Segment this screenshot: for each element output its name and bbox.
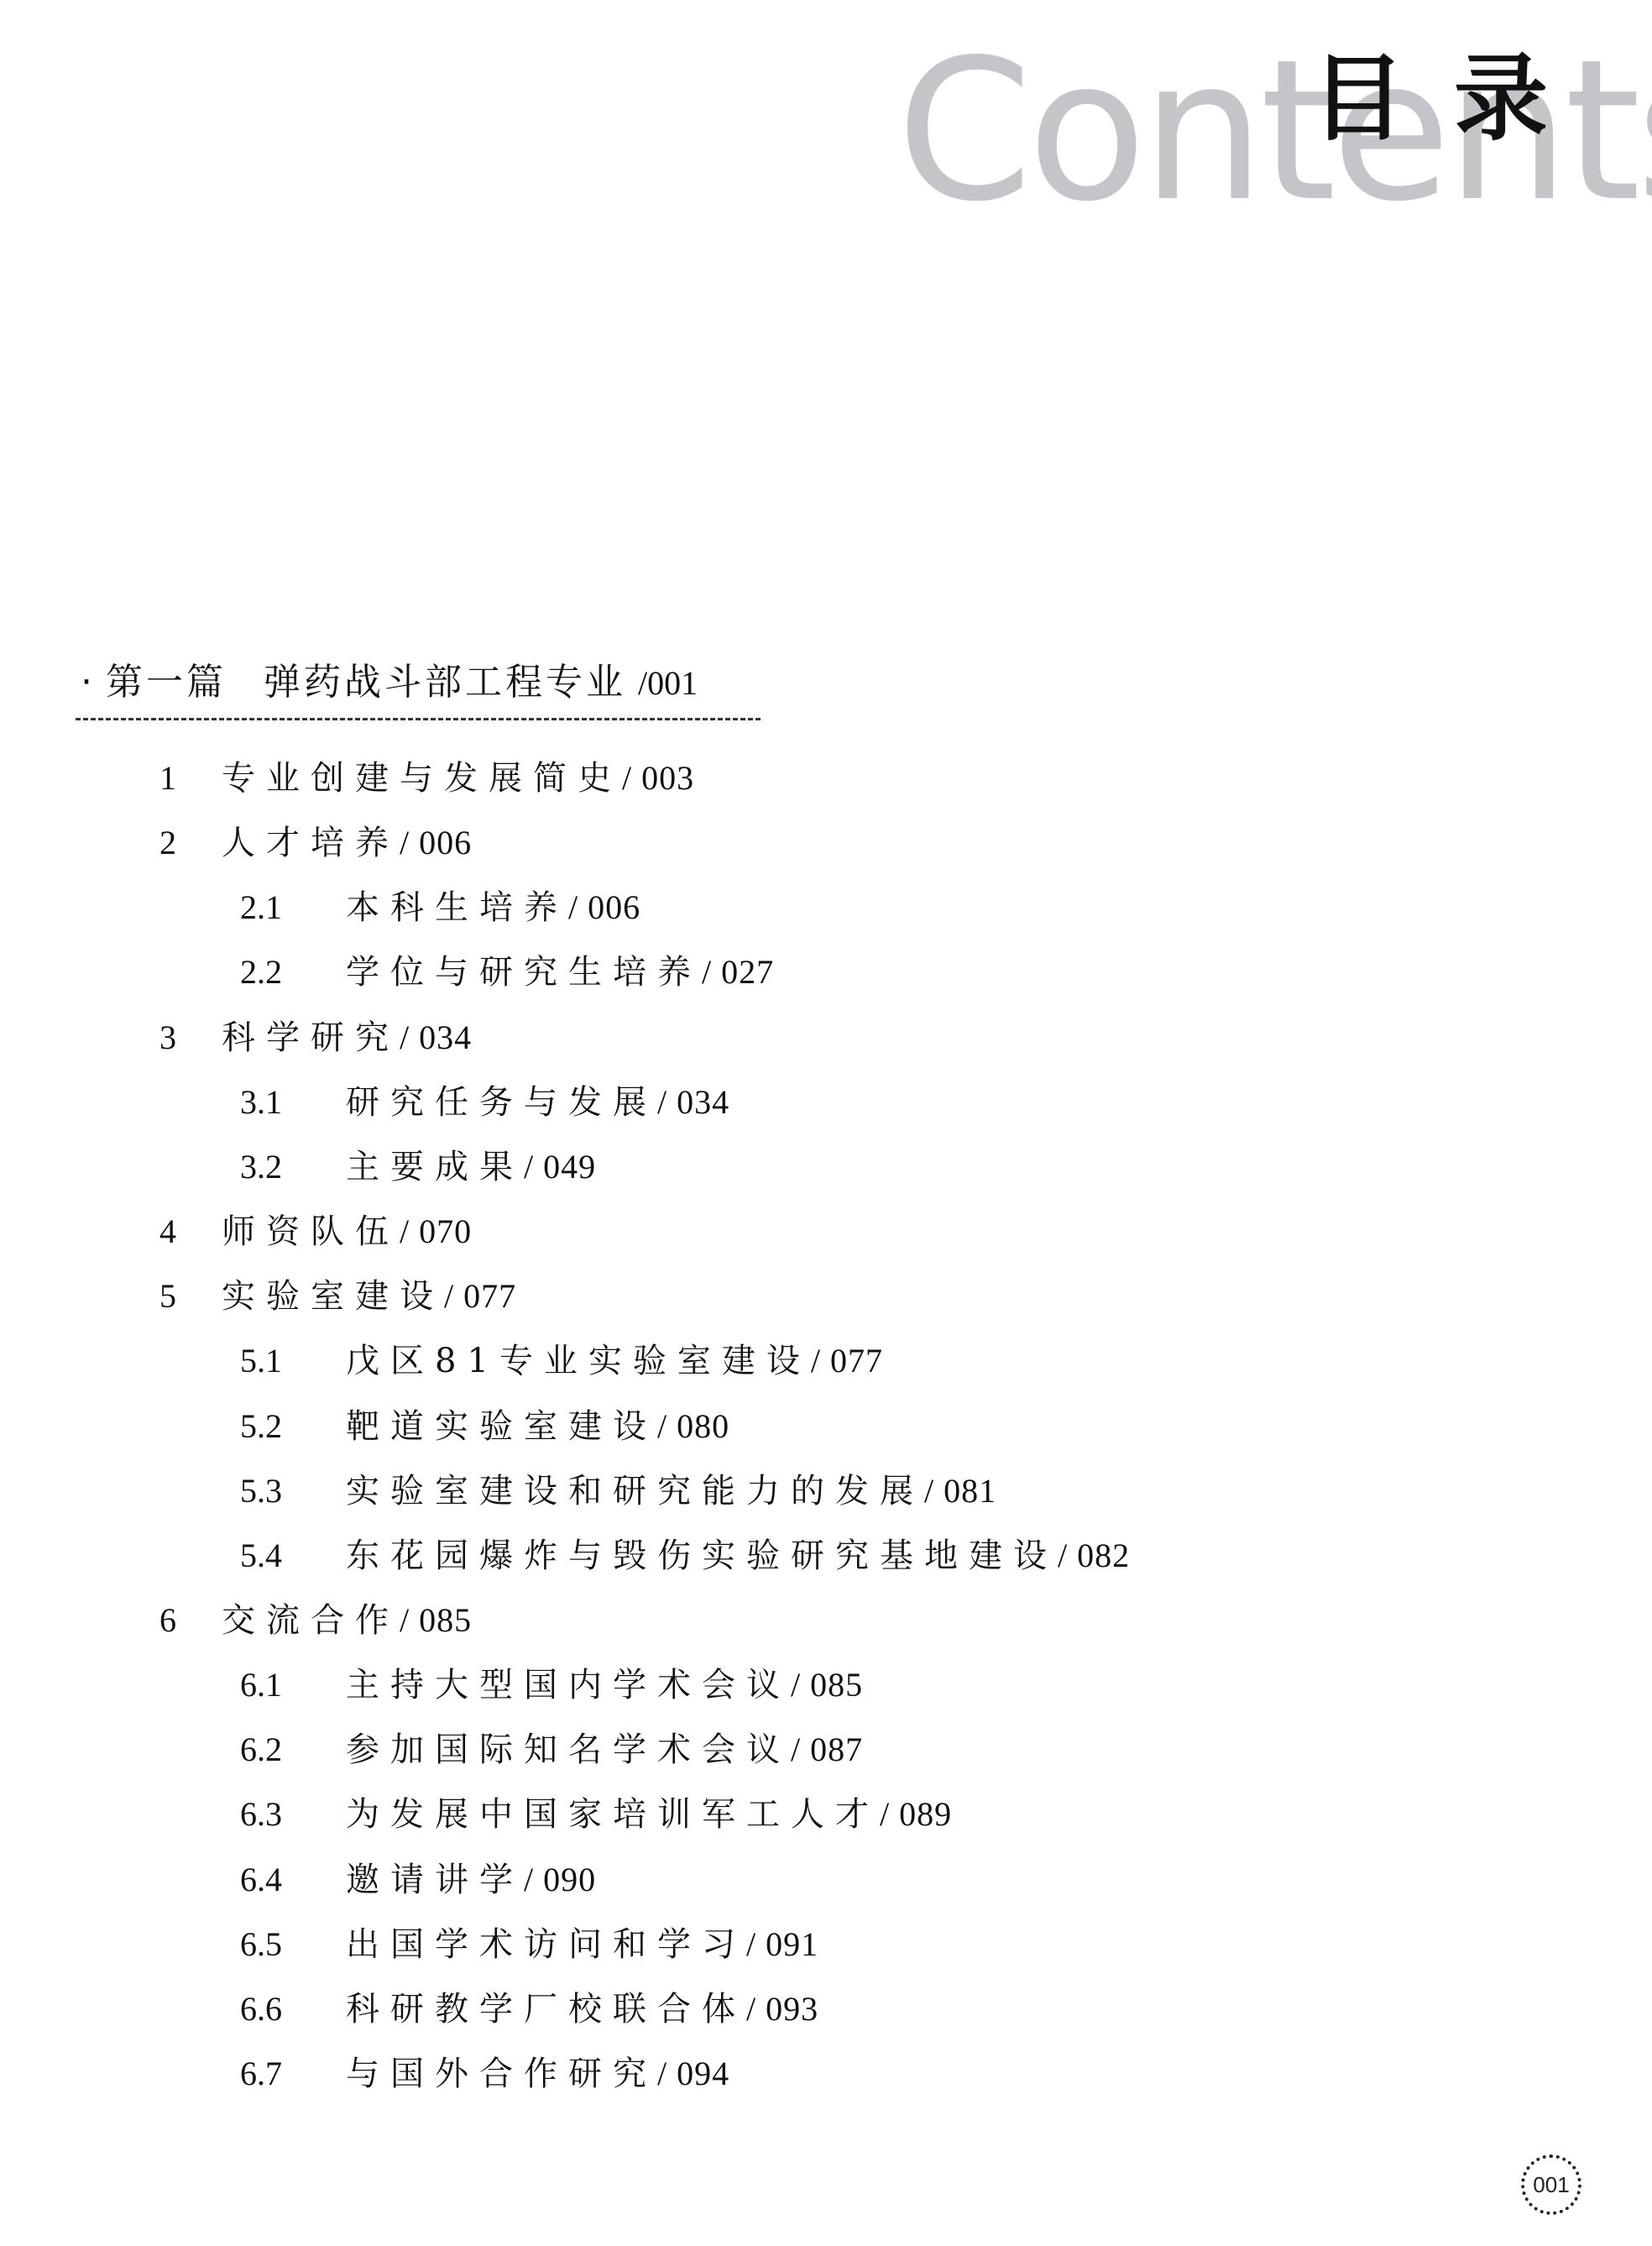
toc-entry-page: / 080 <box>657 1407 729 1445</box>
toc-entry-title: 参加国际知名学术会议 <box>346 1730 791 1769</box>
toc-entry-page: / 082 <box>1058 1537 1130 1574</box>
toc-entry-title: 与国外合作研究 <box>346 2055 657 2093</box>
toc-entry-title: 为发展中国家培训军工人才 <box>346 1795 880 1834</box>
toc-entry-number: 5.4 <box>240 1531 282 1581</box>
toc-entry-page: / 003 <box>622 759 694 797</box>
contents-heading-chinese-char-1: 目 <box>1311 52 1405 146</box>
toc-entry-number: 5.3 <box>240 1466 282 1516</box>
toc-entry-title: 交流合作 <box>222 1601 400 1640</box>
page-number-badge: 001 <box>1521 2154 1581 2215</box>
toc-entry-page: / 077 <box>811 1342 883 1380</box>
toc-entry-number: 5.1 <box>240 1336 282 1386</box>
toc-entry-number: 2 <box>159 818 176 868</box>
part-label: 第一篇 <box>106 661 227 704</box>
toc-entry-page: / 006 <box>400 824 472 861</box>
contents-heading-chinese-char-2: 录 <box>1454 52 1548 146</box>
toc-entry-number: 5.2 <box>240 1401 282 1452</box>
toc-entry-number: 2.1 <box>240 882 282 933</box>
toc-entry-title: 研究任务与发展 <box>346 1083 657 1122</box>
toc-entry-number: 3 <box>159 1013 176 1063</box>
toc-entry-page: / 093 <box>746 1990 818 2028</box>
toc-entry-title: 东花园爆炸与毁伤实验研究基地建设 <box>346 1537 1058 1575</box>
part-bullet: · <box>81 658 106 707</box>
toc-entry-page: / 049 <box>524 1148 596 1186</box>
toc-entry-title: 实验室建设 <box>222 1277 444 1316</box>
toc-entry-page: / 006 <box>568 888 640 926</box>
toc-entry-page: / 081 <box>924 1472 996 1510</box>
toc-entry-title: 科学研究 <box>222 1018 400 1057</box>
toc-entry-page: / 077 <box>444 1277 516 1315</box>
toc-entry-page: / 090 <box>524 1861 596 1898</box>
toc-entry-title: 实验室建设和研究能力的发展 <box>346 1472 924 1510</box>
toc-entry-number: 6.5 <box>240 1919 282 1970</box>
toc-entry-number: 4 <box>159 1207 176 1257</box>
toc-entry-page: / 027 <box>702 953 774 991</box>
toc-entry-number: 3.1 <box>240 1077 282 1128</box>
toc-entry-title: 专业创建与发展简史 <box>222 759 622 798</box>
toc-entry-title: 邀请讲学 <box>346 1861 524 1899</box>
page-number: 001 <box>1533 2172 1569 2198</box>
toc-entry-number: 6 <box>159 1595 176 1646</box>
toc-entry-page: / 091 <box>746 1925 818 1963</box>
toc-entry-page: / 085 <box>791 1666 863 1704</box>
toc-entry-page: / 034 <box>400 1018 472 1056</box>
toc-entry-page: / 085 <box>400 1601 472 1639</box>
toc-entry-page: / 070 <box>400 1212 472 1250</box>
toc-entry-title: 学位与研究生培养 <box>346 953 702 992</box>
toc-entry-page: / 094 <box>657 2055 729 2092</box>
toc-entry-title: 师资队伍 <box>222 1212 400 1251</box>
toc-entry-number: 6.7 <box>240 2049 282 2099</box>
toc-entry-title: 科研教学厂校联合体 <box>346 1990 746 2029</box>
toc-entry-title: 本科生培养 <box>346 888 568 927</box>
toc-entry-number: 6.6 <box>240 1984 282 2034</box>
toc-entry-number: 6.4 <box>240 1855 282 1905</box>
dashed-divider <box>76 718 761 720</box>
toc-entry-title: 靶道实验室建设 <box>346 1407 657 1446</box>
toc-entry-number: 5 <box>159 1271 176 1322</box>
part-title: 弹药战斗部工程专业 <box>264 661 626 704</box>
toc-entry-title: 戊区81专业实验室建设 <box>346 1342 811 1380</box>
toc-entry-number: 6.1 <box>240 1660 282 1710</box>
toc-entry-title: 主持大型国内学术会议 <box>346 1666 791 1704</box>
part-page-number: /001 <box>638 664 698 702</box>
toc-entry-number: 6.2 <box>240 1725 282 1775</box>
toc-entry-page: / 034 <box>657 1083 729 1121</box>
toc-entry-page: / 089 <box>880 1795 952 1833</box>
toc-entry-title: 主要成果 <box>346 1148 524 1186</box>
toc-entry-page: / 087 <box>791 1730 863 1768</box>
part-header[interactable]: ·第一篇弹药战斗部工程专业/001 <box>81 658 698 708</box>
toc-entry-number: 2.2 <box>240 947 282 997</box>
toc-entry-title: 出国学术访问和学习 <box>346 1925 746 1964</box>
toc-entry-number: 6.3 <box>240 1789 282 1840</box>
toc-entry-title: 人才培养 <box>222 824 400 862</box>
toc-entry-number: 3.2 <box>240 1142 282 1192</box>
toc-entry-number: 1 <box>159 753 176 804</box>
